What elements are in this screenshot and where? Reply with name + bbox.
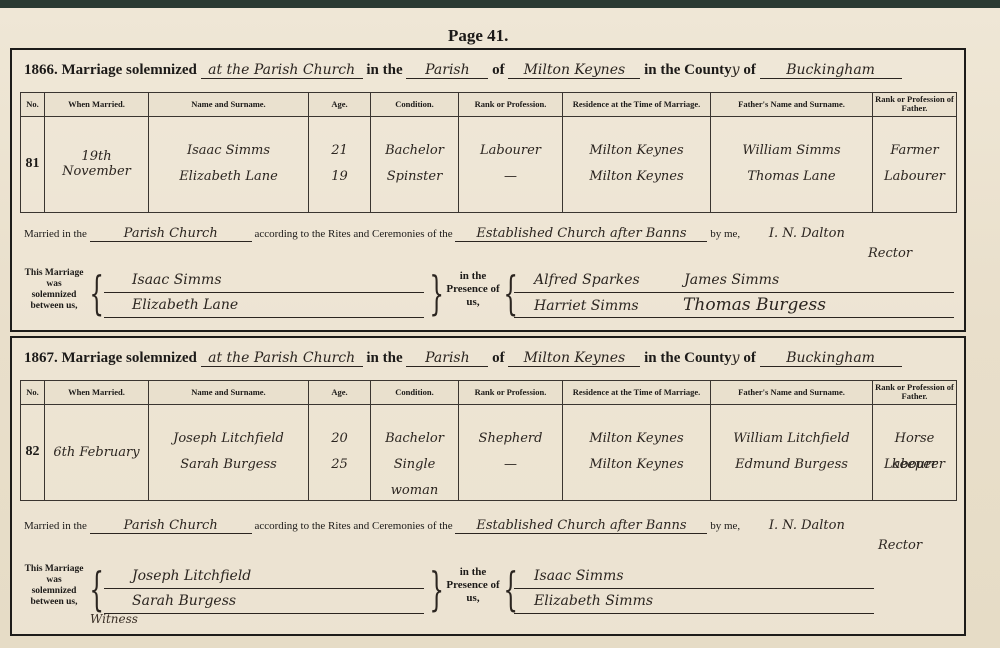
label-according-to: according to the Rites and Ceremonies of… bbox=[254, 520, 452, 532]
condition-cell: Bachelor Single woman bbox=[371, 404, 459, 500]
witness-1: Alfred Sparkes bbox=[534, 268, 640, 292]
label-this-marriage: This Marriage was solemnized between us, bbox=[24, 268, 84, 312]
groom-age: 21 bbox=[311, 138, 368, 164]
entry-year: 1866 bbox=[24, 62, 54, 78]
label-by-me: by me, bbox=[710, 520, 740, 532]
label-this-marriage: This Marriage was solemnized between us, bbox=[24, 564, 84, 608]
county-suffix: y bbox=[732, 62, 740, 78]
col-age: Age. bbox=[309, 93, 371, 117]
label-by-me: by me, bbox=[710, 228, 740, 240]
entry-headline: 1867. Marriage solemnized at the Parish … bbox=[24, 350, 952, 378]
signature-bride: Elizabeth Lane bbox=[104, 293, 424, 318]
col-no: No. bbox=[21, 93, 45, 117]
married-in-line: Married in the Parish Church according t… bbox=[24, 226, 845, 242]
bride-age: 25 bbox=[311, 452, 368, 478]
rites: Established Church after Banns bbox=[455, 226, 707, 242]
groom-residence: Milton Keynes bbox=[565, 138, 708, 164]
witness-line-2: Elizabeth Simms bbox=[514, 589, 874, 614]
witness-4: Thomas Burgess bbox=[683, 293, 826, 317]
witness-3: Harriet Simms bbox=[534, 294, 639, 318]
brace-left: { bbox=[89, 270, 104, 316]
residence-cell: Milton Keynes Milton Keynes bbox=[563, 116, 711, 212]
signature-bride: Sarah Burgess bbox=[104, 589, 424, 614]
bride-rank: — bbox=[461, 452, 560, 478]
father-name-cell: William Simms Thomas Lane bbox=[711, 116, 873, 212]
married-in-place: Parish Church bbox=[90, 226, 252, 242]
label-according-to: according to the Rites and Ceremonies of… bbox=[254, 228, 452, 240]
witness-line-1: Alfred Sparkes James Simms bbox=[514, 268, 954, 293]
entry-headline: 1866. Marriage solemnized at the Parish … bbox=[24, 62, 952, 90]
page-number: Page 41. bbox=[448, 26, 508, 46]
signatures: Joseph Litchfield Sarah Burgess bbox=[104, 564, 424, 614]
bride-name: Sarah Burgess bbox=[151, 452, 306, 478]
col-father-rank: Rank or Profession of Father. bbox=[873, 381, 957, 405]
condition-cell: Bachelor Spinster bbox=[371, 116, 459, 212]
col-condition: Condition. bbox=[371, 93, 459, 117]
groom-rank: Shepherd bbox=[461, 426, 560, 452]
witness-line-1: Isaac Simms bbox=[514, 564, 874, 589]
entry-number: 81 bbox=[21, 116, 45, 212]
entry-district-type: Parish bbox=[406, 62, 488, 79]
label-county: in the County bbox=[644, 350, 732, 366]
brace-right: } bbox=[429, 270, 444, 316]
table-header: No. When Married. Name and Surname. Age.… bbox=[21, 93, 957, 117]
label-marriage-solemnized: Marriage solemnized bbox=[62, 350, 197, 366]
register-page: Page 41. 1866. Marriage solemnized at th… bbox=[0, 8, 1000, 648]
label-presence: in the Presence of us, bbox=[444, 270, 502, 310]
rites: Established Church after Banns bbox=[455, 518, 707, 534]
solemnized-block: This Marriage was solemnized between us,… bbox=[24, 268, 954, 328]
witness-1: Isaac Simms bbox=[534, 564, 624, 588]
signature-groom: Isaac Simms bbox=[104, 268, 424, 293]
bride-age: 19 bbox=[311, 164, 368, 190]
col-age: Age. bbox=[309, 381, 371, 405]
officiant-title: Rector bbox=[868, 246, 912, 261]
brace-left: { bbox=[89, 566, 104, 612]
groom-father: William Litchfield bbox=[713, 426, 870, 452]
label-presence: in the Presence of us, bbox=[444, 566, 502, 606]
col-name: Name and Surname. bbox=[149, 381, 309, 405]
table-row: 82 6th February Joseph Litchfield Sarah … bbox=[21, 404, 957, 500]
col-when-married: When Married. bbox=[45, 93, 149, 117]
witness-2: James Simms bbox=[684, 268, 779, 292]
col-when-married: When Married. bbox=[45, 381, 149, 405]
bride-residence: Milton Keynes bbox=[565, 452, 708, 478]
bride-father-rank: Labourer bbox=[875, 452, 954, 478]
witnesses: Isaac Simms Elizabeth Simms bbox=[514, 564, 954, 614]
entry-place: at the Parish Church bbox=[201, 62, 363, 79]
bride-father: Edmund Burgess bbox=[713, 452, 870, 478]
groom-father: William Simms bbox=[713, 138, 870, 164]
label-county: in the County bbox=[644, 62, 732, 78]
residence-cell: Milton Keynes Milton Keynes bbox=[563, 404, 711, 500]
brace-right: } bbox=[429, 566, 444, 612]
bride-name: Elizabeth Lane bbox=[151, 164, 306, 190]
groom-age: 20 bbox=[311, 426, 368, 452]
groom-rank: Labourer bbox=[461, 138, 560, 164]
label-married-in: Married in the bbox=[24, 228, 87, 240]
entry-county: Buckingham bbox=[760, 350, 902, 367]
marriage-entry-82: 1867. Marriage solemnized at the Parish … bbox=[10, 336, 966, 636]
register-table: No. When Married. Name and Surname. Age.… bbox=[20, 92, 957, 213]
signature-groom: Joseph Litchfield bbox=[104, 564, 424, 589]
bride-residence: Milton Keynes bbox=[565, 164, 708, 190]
rank-cell: Labourer — bbox=[459, 116, 563, 212]
label-of-2: of bbox=[743, 62, 756, 78]
groom-father-rank: Farmer bbox=[875, 138, 954, 164]
label-of: of bbox=[492, 350, 505, 366]
register-table: No. When Married. Name and Surname. Age.… bbox=[20, 380, 957, 501]
bride-condition: Single woman bbox=[373, 452, 456, 478]
entry-year: 1867 bbox=[24, 350, 54, 366]
col-condition: Condition. bbox=[371, 381, 459, 405]
officiant: I. N. Dalton bbox=[769, 518, 845, 533]
ages-cell: 21 19 bbox=[309, 116, 371, 212]
father-name-cell: William Litchfield Edmund Burgess bbox=[711, 404, 873, 500]
married-in-line: Married in the Parish Church according t… bbox=[24, 518, 845, 534]
signatures: Isaac Simms Elizabeth Lane bbox=[104, 268, 424, 318]
label-of-2: of bbox=[743, 350, 756, 366]
entry-county: Buckingham bbox=[760, 62, 902, 79]
witness-2: Elizabeth Simms bbox=[534, 589, 653, 613]
groom-condition: Bachelor bbox=[373, 138, 456, 164]
entry-district: Milton Keynes bbox=[508, 62, 640, 79]
names-cell: Isaac Simms Elizabeth Lane bbox=[149, 116, 309, 212]
rank-cell: Shepherd — bbox=[459, 404, 563, 500]
col-rank: Rank or Profession. bbox=[459, 93, 563, 117]
when-married: 19th November bbox=[45, 116, 149, 212]
county-suffix: y bbox=[732, 350, 740, 366]
label-in-the: in the bbox=[366, 62, 402, 78]
groom-name: Joseph Litchfield bbox=[151, 426, 306, 452]
father-rank-cell: Farmer Labourer bbox=[873, 116, 957, 212]
groom-condition: Bachelor bbox=[373, 426, 456, 452]
label-marriage-solemnized: Marriage solemnized bbox=[62, 62, 197, 78]
col-father-name: Father's Name and Surname. bbox=[711, 93, 873, 117]
col-residence: Residence at the Time of Marriage. bbox=[563, 381, 711, 405]
entry-district-type: Parish bbox=[406, 350, 488, 367]
col-no: No. bbox=[21, 381, 45, 405]
table-header: No. When Married. Name and Surname. Age.… bbox=[21, 381, 957, 405]
married-in-place: Parish Church bbox=[90, 518, 252, 534]
col-father-name: Father's Name and Surname. bbox=[711, 381, 873, 405]
bride-father: Thomas Lane bbox=[713, 164, 870, 190]
bride-rank: — bbox=[461, 164, 560, 190]
groom-father-rank: Horse keeper bbox=[875, 426, 954, 452]
groom-residence: Milton Keynes bbox=[565, 426, 708, 452]
label-married-in: Married in the bbox=[24, 520, 87, 532]
officiant: I. N. Dalton bbox=[769, 226, 845, 241]
table-row: 81 19th November Isaac Simms Elizabeth L… bbox=[21, 116, 957, 212]
marriage-entry-81: 1866. Marriage solemnized at the Parish … bbox=[10, 48, 966, 332]
col-name: Name and Surname. bbox=[149, 93, 309, 117]
ages-cell: 20 25 bbox=[309, 404, 371, 500]
signature-extra-mark: Witness bbox=[90, 612, 138, 626]
col-rank: Rank or Profession. bbox=[459, 381, 563, 405]
col-residence: Residence at the Time of Marriage. bbox=[563, 93, 711, 117]
officiant-title: Rector bbox=[878, 538, 922, 553]
entry-place: at the Parish Church bbox=[201, 350, 363, 367]
entry-district: Milton Keynes bbox=[508, 350, 640, 367]
when-married: 6th February bbox=[45, 404, 149, 500]
label-of: of bbox=[492, 62, 505, 78]
entry-number: 82 bbox=[21, 404, 45, 500]
solemnized-block: This Marriage was solemnized between us,… bbox=[24, 564, 954, 624]
father-rank-cell: Horse keeper Labourer bbox=[873, 404, 957, 500]
witness-line-2: Harriet Simms Thomas Burgess bbox=[514, 293, 954, 318]
names-cell: Joseph Litchfield Sarah Burgess bbox=[149, 404, 309, 500]
bride-condition: Spinster bbox=[373, 164, 456, 190]
bride-father-rank: Labourer bbox=[875, 164, 954, 190]
witnesses: Alfred Sparkes James Simms Harriet Simms… bbox=[514, 268, 954, 318]
groom-name: Isaac Simms bbox=[151, 138, 306, 164]
label-in-the: in the bbox=[366, 350, 402, 366]
col-father-rank: Rank or Profession of Father. bbox=[873, 93, 957, 117]
